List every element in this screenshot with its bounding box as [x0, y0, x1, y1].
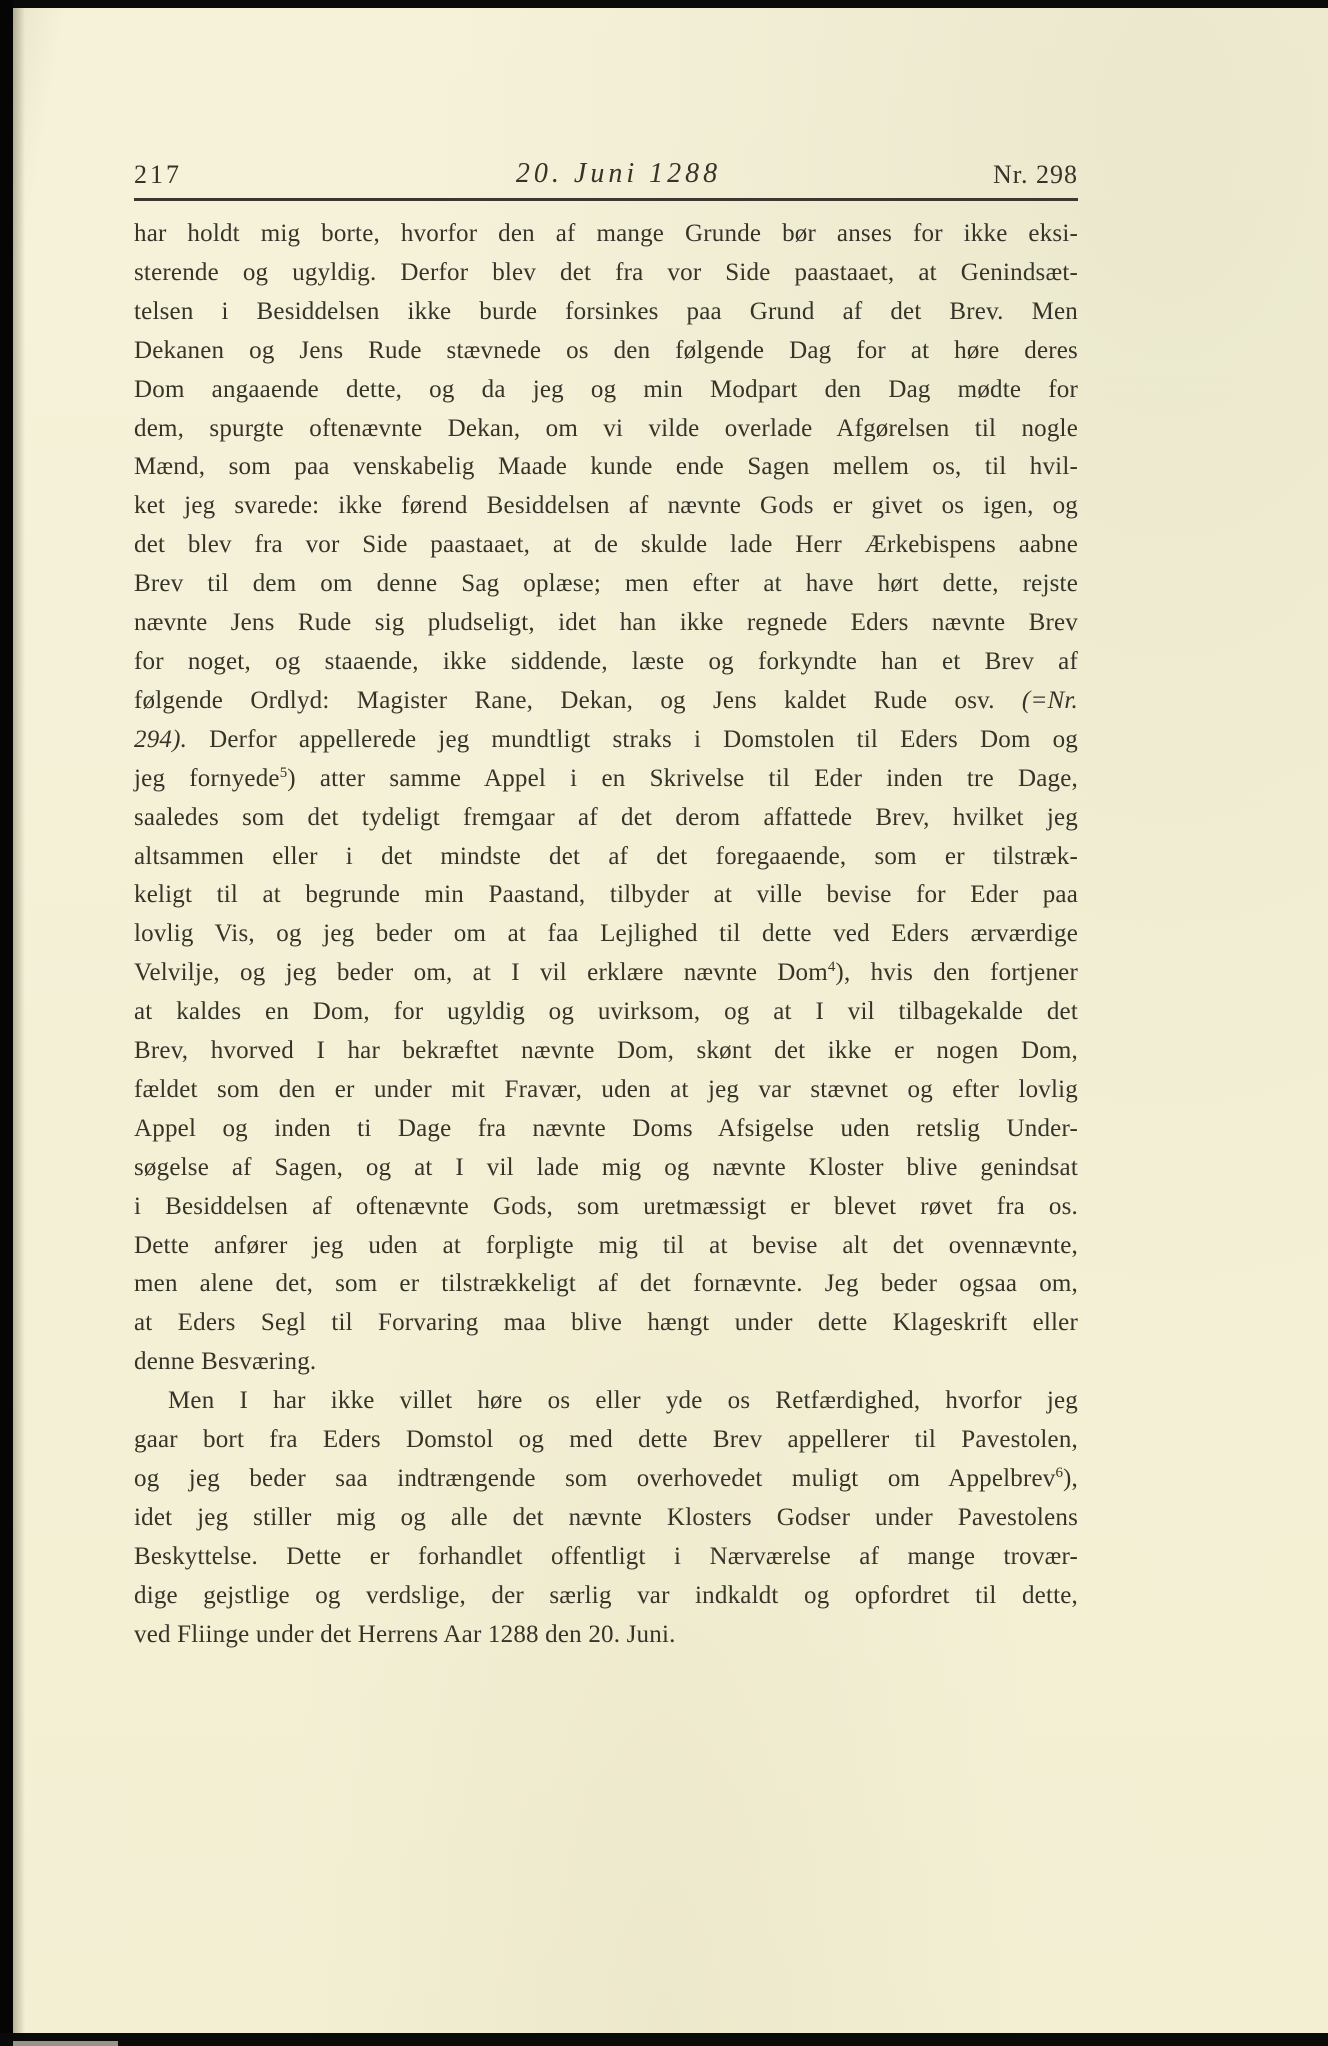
text-line: sterende og ugyldig. Derfor blev det fra…	[134, 254, 1078, 293]
text-line: følgende Ordlyd: Magister Rane, Dekan, o…	[134, 682, 1078, 721]
page-header: 217 20. Juni 1288 Nr. 298	[134, 156, 1078, 192]
text-line: fældet som den er under mit Fravær, uden…	[134, 1071, 1078, 1110]
text-line: ket jeg svarede: ikke førend Besiddelsen…	[134, 487, 1078, 526]
text-line: Brev, hvorved I har bekræftet nævnte Dom…	[134, 1032, 1078, 1071]
scan-border-left	[0, 0, 13, 2046]
text-line: nævnte Jens Rude sig pludseligt, idet ha…	[134, 604, 1078, 643]
text-line: har holdt mig borte, hvorfor den af mang…	[134, 215, 1078, 254]
text-line: altsammen eller i det mindste det af det…	[134, 838, 1078, 877]
text-line: at kaldes en Dom, for ugyldig og uvirkso…	[134, 993, 1078, 1032]
text-line: i Besiddelsen af oftenævnte Gods, som ur…	[134, 1188, 1078, 1227]
text-line: Velvilje, og jeg beder om, at I vil erkl…	[134, 954, 1078, 993]
text-line: Mænd, som paa venskabelig Maade kunde en…	[134, 448, 1078, 487]
text-line: ved Fliinge under det Herrens Aar 1288 d…	[134, 1616, 1078, 1655]
document-number: Nr. 298	[993, 160, 1078, 190]
text-line: saaledes som det tydeligt fremgaar af de…	[134, 799, 1078, 838]
text-line: det blev fra vor Side paastaaet, at de s…	[134, 526, 1078, 565]
scan-border-bottom	[0, 2033, 1328, 2046]
scan-border-top	[0, 0, 1328, 8]
text-line: Men I har ikke villet høre os eller yde …	[134, 1382, 1078, 1421]
text-line: Beskyttelse. Dette er forhandlet offentl…	[134, 1538, 1078, 1577]
text-line: men alene det, som er tilstrækkeligt af …	[134, 1265, 1078, 1304]
text-line: søgelse af Sagen, og at I vil lade mig o…	[134, 1149, 1078, 1188]
text-line: Appel og inden ti Dage fra nævnte Doms A…	[134, 1110, 1078, 1149]
text-line: keligt til at begrunde min Paastand, til…	[134, 876, 1078, 915]
header-rule	[134, 198, 1078, 201]
text-line: 294). Derfor appellerede jeg mundtligt s…	[134, 721, 1078, 760]
text-line: dige gejstlige og verdslige, der særlig …	[134, 1577, 1078, 1616]
text-line: lovlig Vis, og jeg beder om at faa Lejli…	[134, 915, 1078, 954]
page-gutter-shadow	[13, 0, 25, 2046]
text-line: og jeg beder saa indtrængende som overho…	[134, 1460, 1078, 1499]
scanned-book-page: 217 20. Juni 1288 Nr. 298 har holdt mig …	[0, 0, 1328, 2046]
text-line: Dom angaaende dette, og da jeg og min Mo…	[134, 371, 1078, 410]
text-line: gaar bort fra Eders Domstol og med dette…	[134, 1421, 1078, 1460]
document-body-text: har holdt mig borte, hvorfor den af mang…	[134, 215, 1078, 1655]
text-line: telsen i Besiddelsen ikke burde forsinke…	[134, 293, 1078, 332]
text-line: idet jeg stiller mig og alle det nævnte …	[134, 1499, 1078, 1538]
page-content: 217 20. Juni 1288 Nr. 298 har holdt mig …	[134, 156, 1078, 1655]
text-line: denne Besværing.	[134, 1343, 1078, 1382]
text-line: Brev til dem om denne Sag oplæse; men ef…	[134, 565, 1078, 604]
text-line: Dette anfører jeg uden at forpligte mig …	[134, 1227, 1078, 1266]
scan-edge-sliver	[13, 2041, 118, 2046]
text-line: at Eders Segl til Forvaring maa blive hæ…	[134, 1304, 1078, 1343]
header-date-title: 20. Juni 1288	[159, 158, 1078, 190]
text-line: for noget, og staaende, ikke siddende, l…	[134, 643, 1078, 682]
text-line: Dekanen og Jens Rude stævnede os den føl…	[134, 332, 1078, 371]
text-line: jeg fornyede5) atter samme Appel i en Sk…	[134, 760, 1078, 799]
text-line: dem, spurgte oftenævnte Dekan, om vi vil…	[134, 410, 1078, 449]
